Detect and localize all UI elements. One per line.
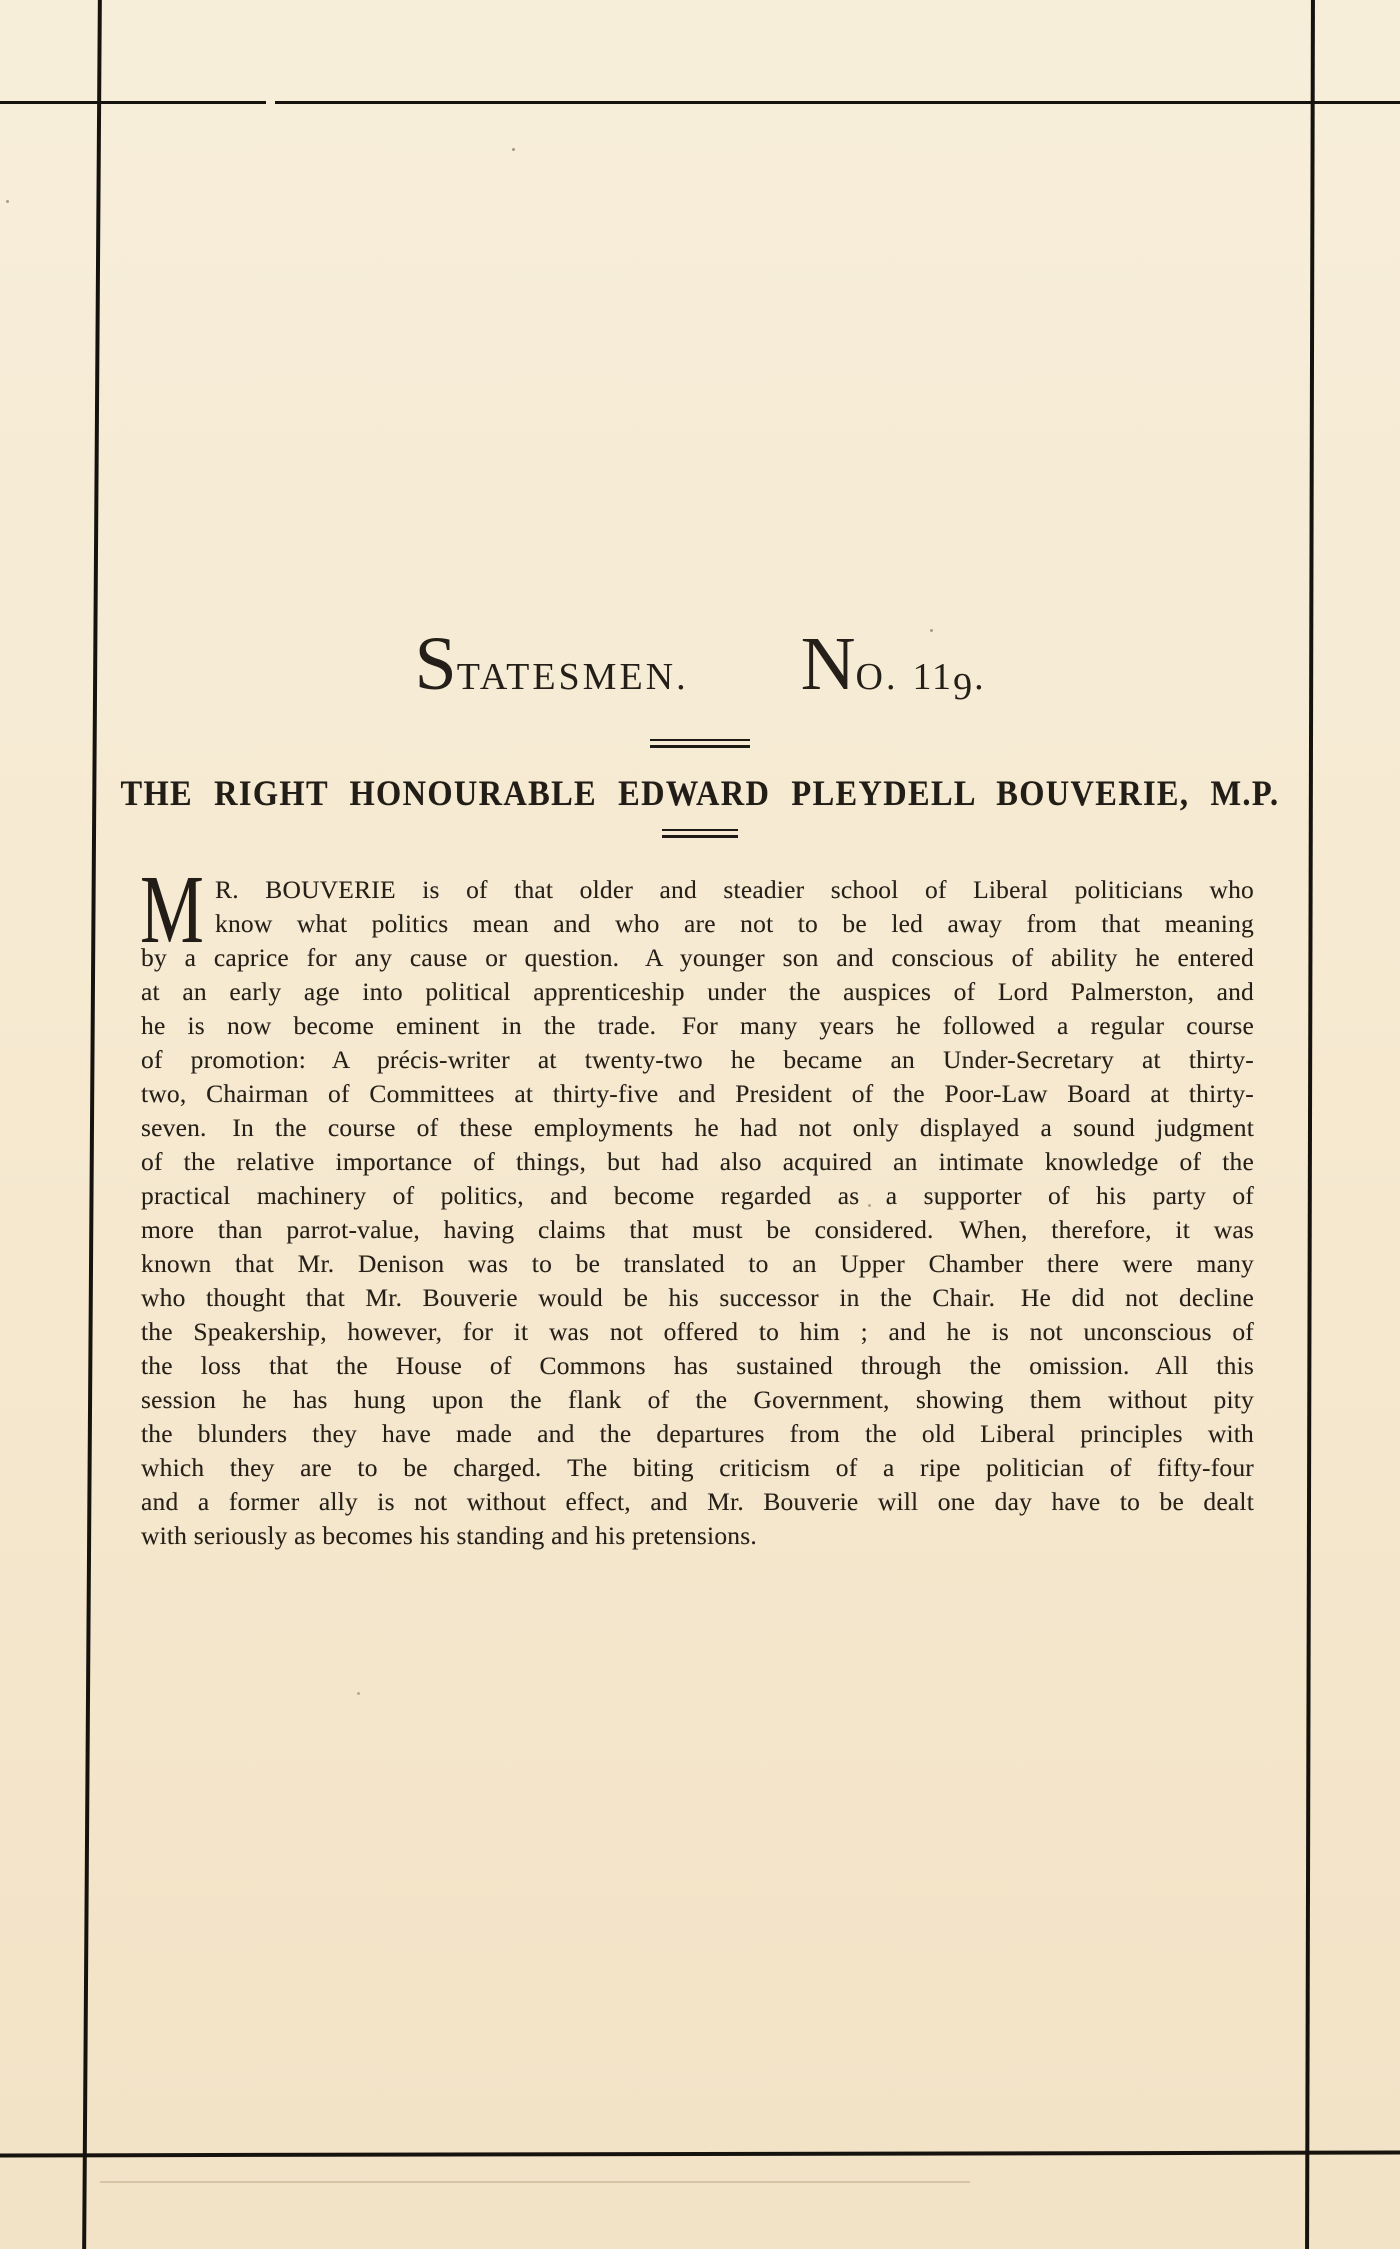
scanned-page: STATESMEN. NO.119. THE RIGHT HONOURABLE … [0,0,1400,2249]
issue-abbrev: O. [856,656,899,698]
series-title: STATESMEN. [414,626,688,702]
issue-digit-descender: 9 [953,666,974,708]
body-line: more than parrot-value, having claims th… [141,1213,1254,1247]
right-border-rule [1305,0,1315,2249]
left-border-rule [82,0,102,2249]
body-line: by a caprice for any cause or question. … [141,941,1254,975]
body-line: seven. In the course of these employment… [141,1111,1254,1145]
issue-digit-period: . [974,656,986,698]
masthead: STATESMEN. NO.119. [0,626,1400,702]
double-rule-divider-lower [0,829,1400,838]
article-body: M R. BOUVERIE is of that older and stead… [141,873,1254,1553]
series-initial-letter: S [414,622,456,706]
body-line: who thought that Mr. Bouverie would be h… [141,1281,1254,1315]
top-border-rule-left-segment [0,101,266,104]
body-line: and a former ally is not without effect,… [141,1485,1254,1519]
body-line: of promotion: A précis-writer at twenty-… [141,1043,1254,1077]
page-title: THE RIGHT HONOURABLE EDWARD PLEYDELL BOU… [70,772,1330,814]
faint-bottom-crease [100,2181,970,2183]
series-title-rest: TATESMEN. [457,656,689,698]
body-line: practical machinery of politics, and bec… [141,1179,1254,1213]
top-border-rule-right-segment [275,101,1400,104]
body-line: the blunders they have made and the depa… [141,1417,1254,1451]
issue-number: NO.119. [801,626,986,702]
body-line: R. BOUVERIE is of that older and steadie… [141,873,1254,907]
body-line: session he has hung upon the flank of th… [141,1383,1254,1417]
body-line: of the relative importance of things, bu… [141,1145,1254,1179]
body-line: he is now become eminent in the trade. F… [141,1009,1254,1043]
body-line: the Speakership, however, for it was not… [141,1315,1254,1349]
body-line: with seriously as becomes his standing a… [141,1519,1254,1553]
double-rule-divider-upper [0,739,1400,748]
body-line: the loss that the House of Commons has s… [141,1349,1254,1383]
issue-initial-letter: N [801,622,856,706]
issue-digits: 119. [912,656,985,698]
paper-specks [512,148,515,151]
issue-digits-upper: 11 [912,656,953,698]
body-line: known that Mr. Denison was to be transla… [141,1247,1254,1281]
body-line: at an early age into political apprentic… [141,975,1254,1009]
bottom-border-rule [0,2151,1400,2158]
body-line: two, Chairman of Committees at thirty-fi… [141,1077,1254,1111]
body-line: know what politics mean and who are not … [141,907,1254,941]
drop-cap: M [140,861,204,958]
body-line: which they are to be charged. The biting… [141,1451,1254,1485]
